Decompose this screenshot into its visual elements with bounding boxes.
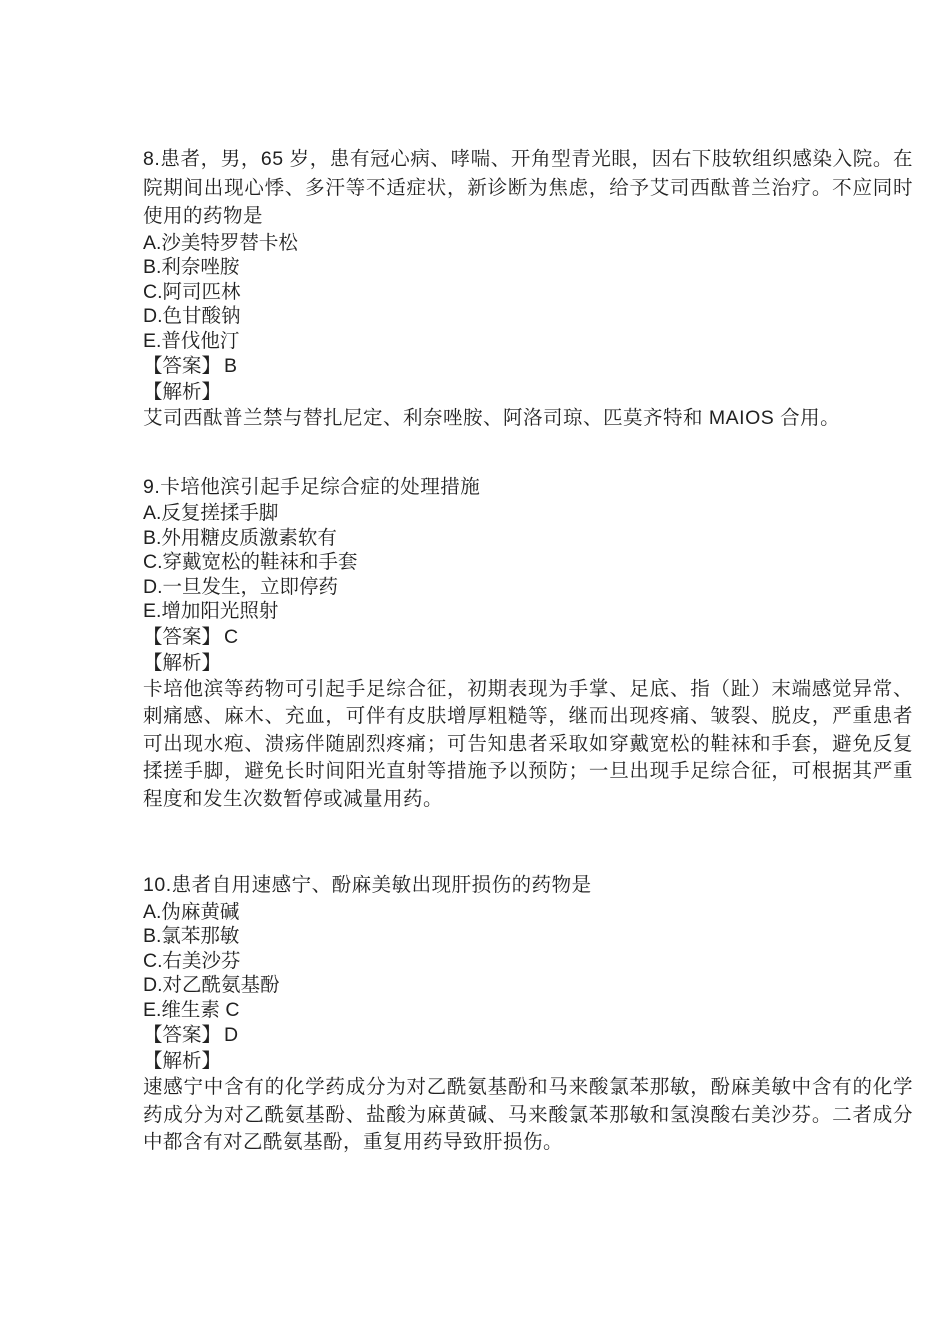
question-9-stem: 9.卡培他滨引起手足综合症的处理措施 [143, 473, 913, 502]
question-9-option-b: B.外用糖皮质激素软有 [143, 526, 913, 551]
question-9: 9.卡培他滨引起手足综合症的处理措施 A.反复搓揉手脚 B.外用糖皮质激素软有 … [143, 473, 913, 814]
answer-label: 【答案】 [143, 1024, 221, 1046]
question-10-answer-value: D [224, 1024, 238, 1046]
question-8-option-b: B.利奈唑胺 [143, 255, 913, 280]
question-10-answer-line: 【答案】D [143, 1022, 913, 1048]
question-9-answer-line: 【答案】C [143, 624, 913, 650]
question-8-analysis-label: 【解析】 [143, 379, 913, 405]
question-8-analysis-text: 艾司西酞普兰禁与替扎尼定、利奈唑胺、阿洛司琼、匹莫齐特和 MAIOS 合用。 [143, 405, 913, 433]
question-9-analysis-text: 卡培他滨等药物可引起手足综合征，初期表现为手掌、足底、指（趾）末端感觉异常、刺痛… [143, 676, 913, 814]
question-8: 8.患者，男，65 岁，患有冠心病、哮喘、开角型青光眼，因右下肢软组织感染入院。… [143, 145, 913, 433]
question-10: 10.患者自用速感宁、酚麻美敏出现肝损伤的药物是 A.伪麻黄碱 B.氯苯那敏 C… [143, 871, 913, 1157]
question-9-option-a: A.反复搓揉手脚 [143, 501, 913, 526]
question-10-option-c: C.右美沙芬 [143, 949, 913, 974]
question-10-option-e: E.维生素 C [143, 998, 913, 1023]
document-content: 8.患者，男，65 岁，患有冠心病、哮喘、开角型青光眼，因右下肢软组织感染入院。… [143, 145, 913, 1157]
question-10-option-b: B.氯苯那敏 [143, 924, 913, 949]
question-8-option-e: E.普伐他汀 [143, 329, 913, 354]
question-10-analysis-label: 【解析】 [143, 1048, 913, 1074]
question-8-answer-value: B [224, 355, 237, 377]
question-8-option-c: C.阿司匹林 [143, 280, 913, 305]
question-9-answer-value: C [224, 626, 238, 648]
question-8-answer-line: 【答案】B [143, 353, 913, 379]
question-8-option-d: D.色甘酸钠 [143, 304, 913, 329]
question-8-stem: 8.患者，男，65 岁，患有冠心病、哮喘、开角型青光眼，因右下肢软组织感染入院。… [143, 145, 913, 231]
question-8-option-a: A.沙美特罗替卡松 [143, 231, 913, 256]
question-10-analysis-text: 速感宁中含有的化学药成分为对乙酰氨基酚和马来酸氯苯那敏，酚麻美敏中含有的化学药成… [143, 1074, 913, 1157]
question-10-stem: 10.患者自用速感宁、酚麻美敏出现肝损伤的药物是 [143, 871, 913, 900]
question-9-analysis-label: 【解析】 [143, 650, 913, 676]
question-9-option-d: D.一旦发生，立即停药 [143, 575, 913, 600]
question-10-option-d: D.对乙酰氨基酚 [143, 973, 913, 998]
question-10-option-a: A.伪麻黄碱 [143, 900, 913, 925]
answer-label: 【答案】 [143, 355, 221, 377]
answer-label: 【答案】 [143, 626, 221, 648]
question-9-option-e: E.增加阳光照射 [143, 599, 913, 624]
document-page: 8.患者，男，65 岁，患有冠心病、哮喘、开角型青光眼，因右下肢软组织感染入院。… [0, 0, 950, 1344]
question-9-option-c: C.穿戴宽松的鞋袜和手套 [143, 550, 913, 575]
